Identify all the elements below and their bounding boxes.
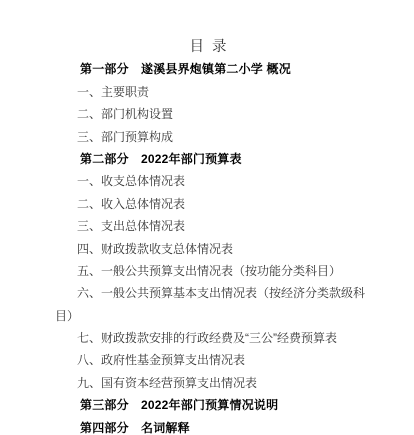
toc-entry: 二、收入总体情况表 xyxy=(55,193,363,215)
toc-entry: 二、部门机构设置 xyxy=(55,103,363,125)
toc-section-heading: 第四部分 名词解释 xyxy=(55,417,363,435)
toc-section-heading: 第二部分 2022年部门预算表 xyxy=(55,148,363,170)
toc-entry: 八、政府性基金预算支出情况表 xyxy=(55,349,363,371)
toc-entry: 九、国有资本经营预算支出情况表 xyxy=(55,372,363,394)
toc-lines: 第一部分 遂溪县界炮镇第二小学 概况一、主要职责二、部门机构设置三、部门预算构成… xyxy=(55,58,363,435)
toc-section-heading: 第一部分 遂溪县界炮镇第二小学 概况 xyxy=(55,58,363,80)
page-title: 目 录 xyxy=(55,36,363,58)
toc-entry: 五、一般公共预算支出情况表（按功能分类科目） xyxy=(55,260,363,282)
toc-entry: 一、主要职责 xyxy=(55,81,363,103)
toc-entry: 三、支出总体情况表 xyxy=(55,215,363,237)
toc-entry: 一、收支总体情况表 xyxy=(55,170,363,192)
toc-entry: 三、部门预算构成 xyxy=(55,126,363,148)
toc-entry: 六、一般公共预算基本支出情况表（按经济分类款级科 xyxy=(55,282,363,304)
toc-section-heading: 第三部分 2022年部门预算情况说明 xyxy=(55,394,363,416)
toc-entry: 七、财政拨款安排的行政经费及“三公”经费预算表 xyxy=(55,327,363,349)
table-of-contents: 目 录 第一部分 遂溪县界炮镇第二小学 概况一、主要职责二、部门机构设置三、部门… xyxy=(55,36,363,435)
toc-entry: 四、财政拨款收支总体情况表 xyxy=(55,238,363,260)
document-page: 目 录 第一部分 遂溪县界炮镇第二小学 概况一、主要职责二、部门机构设置三、部门… xyxy=(0,0,414,435)
toc-entry: 目） xyxy=(55,305,363,327)
